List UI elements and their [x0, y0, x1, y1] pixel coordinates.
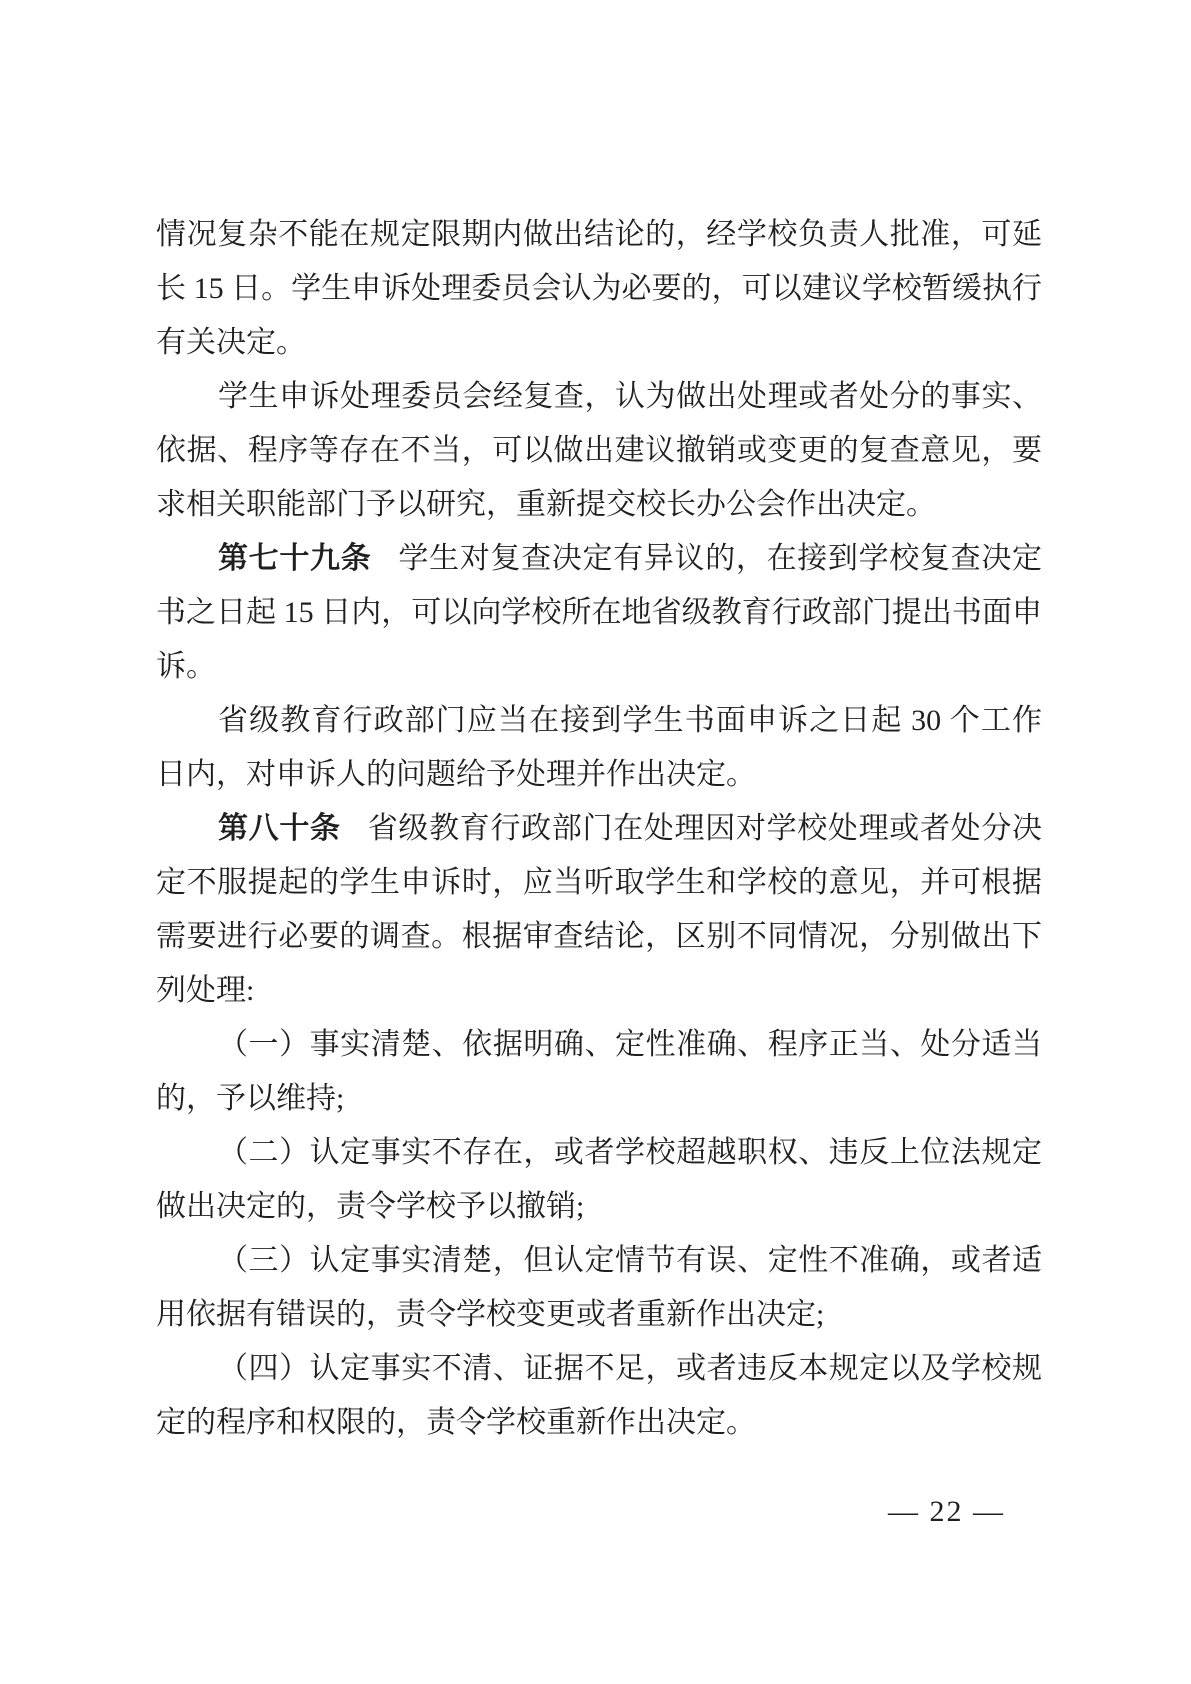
paragraph-provincial-authority: 省级教育行政部门应当在接到学生书面申诉之日起 30 个工作日内，对申诉人的问题给…	[156, 694, 1042, 802]
paragraph-item-3: （三）认定事实清楚，但认定情节有误、定性不准确，或者适用依据有错误的，责令学校变…	[156, 1234, 1042, 1342]
paragraph-text: 情况复杂不能在规定限期内做出结论的，经学校负责人批准，可延长 15 日。学生申诉…	[156, 218, 1042, 359]
paragraph-text: 省级教育行政部门应当在接到学生书面申诉之日起 30 个工作日内，对申诉人的问题给…	[156, 704, 1042, 791]
paragraph-review-opinion: 学生申诉处理委员会经复查，认为做出处理或者处分的事实、依据、程序等存在不当，可以…	[156, 370, 1042, 532]
paragraph-text: （二）认定事实不存在，或者学校超越职权、违反上位法规定做出决定的，责令学校予以撤…	[156, 1136, 1042, 1223]
article-number-79: 第七十九条	[218, 542, 371, 575]
paragraph-item-1: （一）事实清楚、依据明确、定性准确、程序正当、处分适当的，予以维持;	[156, 1018, 1042, 1126]
paragraph-text: （三）认定事实清楚，但认定情节有误、定性不准确，或者适用依据有错误的，责令学校变…	[156, 1244, 1042, 1331]
paragraph-continuation: 情况复杂不能在规定限期内做出结论的，经学校负责人批准，可延长 15 日。学生申诉…	[156, 208, 1042, 370]
paragraph-text: （四）认定事实不清、证据不足，或者违反本规定以及学校规定的程序和权限的，责令学校…	[156, 1352, 1042, 1439]
paragraph-text: （一）事实清楚、依据明确、定性准确、程序正当、处分适当的，予以维持;	[156, 1028, 1042, 1115]
paragraph-article-80: 第八十条省级教育行政部门在处理因对学校处理或者处分决定不服提起的学生申诉时，应当…	[156, 802, 1042, 1018]
paragraph-item-2: （二）认定事实不存在，或者学校超越职权、违反上位法规定做出决定的，责令学校予以撤…	[156, 1126, 1042, 1234]
paragraph-article-79: 第七十九条学生对复查决定有异议的，在接到学校复查决定书之日起 15 日内，可以向…	[156, 532, 1042, 694]
document-page: 情况复杂不能在规定限期内做出结论的，经学校负责人批准，可延长 15 日。学生申诉…	[0, 0, 1191, 1684]
paragraph-text: 学生申诉处理委员会经复查，认为做出处理或者处分的事实、依据、程序等存在不当，可以…	[156, 380, 1042, 521]
article-number-80: 第八十条	[218, 812, 341, 845]
document-body: 情况复杂不能在规定限期内做出结论的，经学校负责人批准，可延长 15 日。学生申诉…	[156, 208, 1042, 1450]
page-number: — 22 —	[888, 1495, 1005, 1528]
page-footer: — 22 —	[888, 1494, 1005, 1530]
paragraph-item-4: （四）认定事实不清、证据不足，或者违反本规定以及学校规定的程序和权限的，责令学校…	[156, 1342, 1042, 1450]
